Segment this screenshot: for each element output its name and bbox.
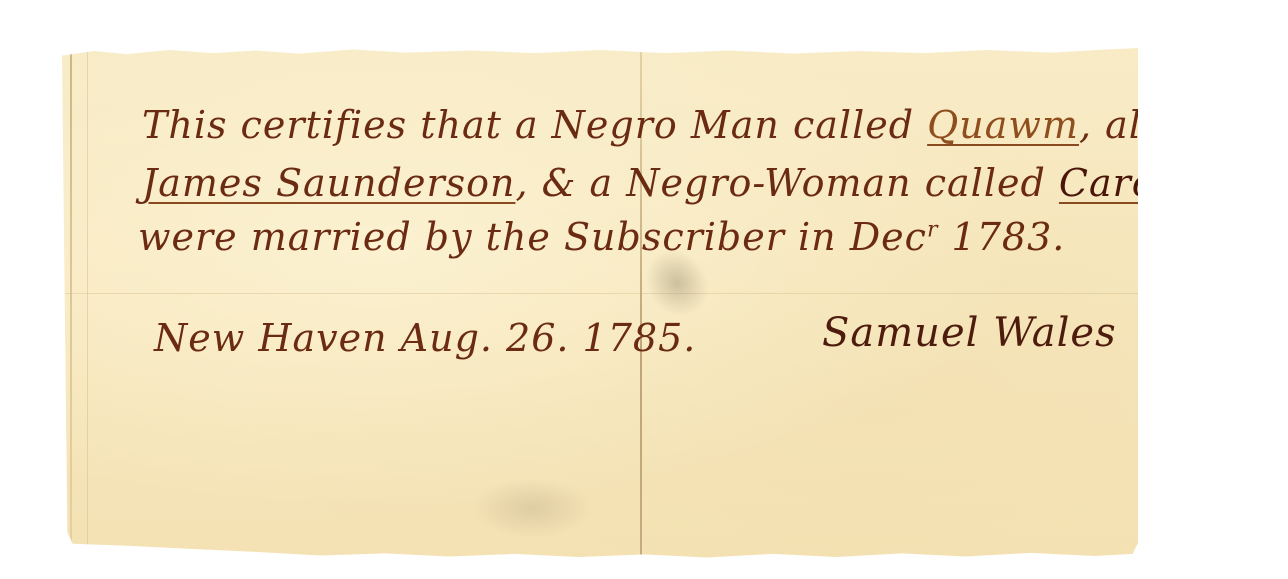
- paper-stain: [472, 478, 592, 538]
- month-superscript: r: [927, 217, 939, 242]
- groom-alias-name: James Saunderson: [142, 161, 515, 205]
- line-3-text: were married by the Subscriber in Dec: [138, 215, 927, 259]
- line-1-alias: , alias: [1079, 103, 1199, 147]
- groom-name: Quawm: [927, 103, 1079, 147]
- line-2-text: , & a Negro-Woman called: [515, 161, 1058, 205]
- paper-edge-fold: [70, 48, 72, 558]
- marriage-year: 1783.: [938, 215, 1065, 259]
- document-paper: This certifies that a Negro Man called Q…: [62, 48, 1138, 558]
- certificate-line-2: James Saunderson, & a Negro-Woman called…: [142, 164, 1231, 202]
- place-and-date: New Haven Aug. 26. 1785.: [154, 316, 696, 360]
- certificate-line-1: This certifies that a Negro Man called Q…: [142, 106, 1199, 144]
- bride-name: Caroline: [1059, 161, 1231, 205]
- paper-edge-crease: [87, 48, 88, 558]
- signature: Samuel Wales: [822, 310, 1117, 356]
- certificate-line-3: were married by the Subscriber in Decr 1…: [138, 218, 1065, 256]
- line-1-text: This certifies that a Negro Man called: [142, 103, 927, 147]
- horizontal-fold-line: [62, 293, 1138, 294]
